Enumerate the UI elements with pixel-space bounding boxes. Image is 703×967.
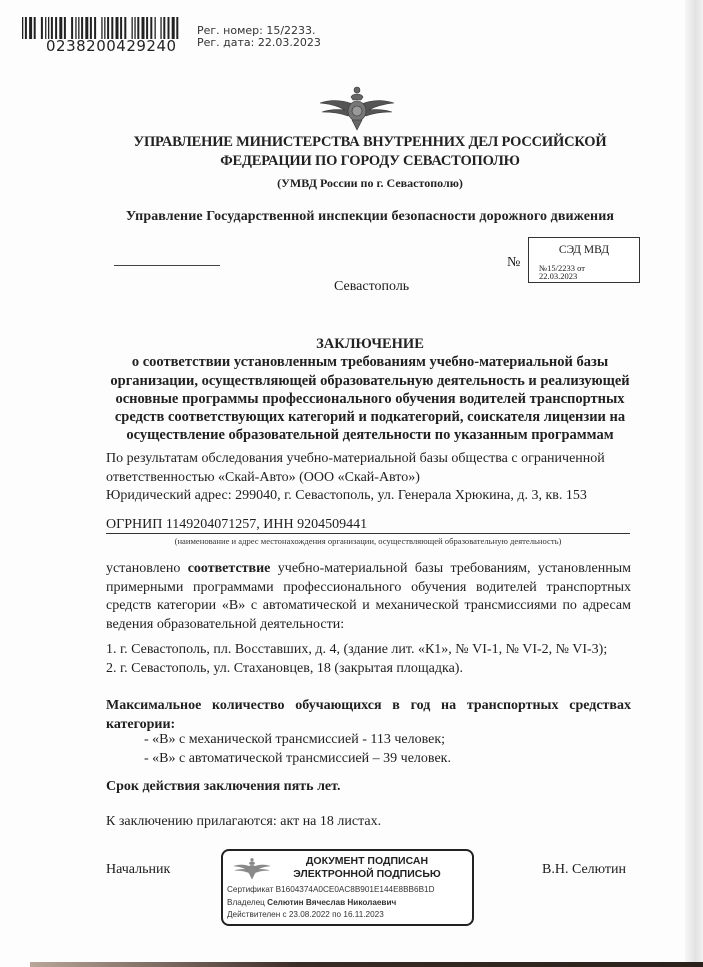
legal-address: Юридический адрес: 299040, г. Севастопол… xyxy=(106,487,631,506)
address-item: 2. г. Севастополь, ул. Стахановцев, 18 (… xyxy=(106,660,631,679)
document-title: ЗАКЛЮЧЕНИЕ о соответствии установленным … xyxy=(100,335,640,445)
max-students-title: Максимальное количество обучающихся в го… xyxy=(106,697,631,734)
intro-line: По результатам обследования учебно-матер… xyxy=(106,450,631,469)
ogrn-underline xyxy=(106,533,630,534)
established-bold: соответствие xyxy=(188,561,271,576)
department-name: Управление Государственной инспекции без… xyxy=(100,209,640,225)
organization-name: УПРАВЛЕНИЕ МИНИСТЕРСТВА ВНУТРЕННИХ ДЕЛ Р… xyxy=(100,133,640,171)
barcode: 0238200429240 xyxy=(22,17,187,55)
address-list: 1. г. Севастополь, пл. Восставших, д. 4,… xyxy=(106,641,631,678)
esig-owner-label: Владелец xyxy=(227,898,267,907)
reg-date: Рег. дата: 22.03.2023 xyxy=(197,37,321,49)
sed-title: СЭД МВД xyxy=(529,244,639,256)
organization-line-2: ФЕДЕРАЦИИ ПО ГОРОДУ СЕВАСТОПОЛЮ xyxy=(100,152,640,171)
address-item: 1. г. Севастополь, пл. Восставших, д. 4,… xyxy=(106,641,631,660)
sed-date-value: 22.03.2023 xyxy=(539,272,585,280)
title-line: средств соответствующих категорий и подк… xyxy=(100,408,640,426)
validity-period: Срок действия заключения пять лет. xyxy=(106,778,631,797)
signer-name: В.Н. Селютин xyxy=(542,862,626,878)
max-students-list: - «В» с механической трансмиссией - 113 … xyxy=(106,731,624,768)
sed-number: №15/2233 от 22.03.2023 xyxy=(539,264,585,280)
organization-line-1: УПРАВЛЕНИЕ МИНИСТЕРСТВА ВНУТРЕННИХ ДЕЛ Р… xyxy=(100,133,640,152)
mvd-emblem-icon xyxy=(318,82,396,132)
outgoing-number-blank xyxy=(114,265,220,266)
number-sign: № xyxy=(507,255,520,271)
signer-position: Начальник xyxy=(106,862,170,878)
max-students-item: - «В» с механической трансмиссией - 113 … xyxy=(144,731,624,750)
title-line: осуществление образовательной деятельнос… xyxy=(100,426,640,444)
title-line: организации, осуществляющей образователь… xyxy=(100,372,640,390)
electronic-signature-stamp: ДОКУМЕНТ ПОДПИСАН ЭЛЕКТРОННОЙ ПОДПИСЬЮ С… xyxy=(221,849,474,926)
barcode-bars xyxy=(22,17,182,39)
max-students-item: - «В» с автоматической трансмиссией – 39… xyxy=(144,750,624,769)
mvd-emblem-icon xyxy=(233,854,271,882)
esig-validity: Действителен с 23.08.2022 по 16.11.2023 xyxy=(227,910,384,919)
esig-certificate: Сертификат B1604374A0CE0AC8B901E144E8BB6… xyxy=(227,885,435,894)
established-paragraph: установлено соответствие учебно-материал… xyxy=(106,560,631,634)
title-line: о соответствии установленным требованиям… xyxy=(100,353,640,371)
esig-title-line-1: ДОКУМЕНТ ПОДПИСАН xyxy=(277,855,457,868)
ogrn-inn: ОГРНИП 1149204071257, ИНН 9204509441 xyxy=(106,516,631,535)
ogrn-caption: (наименование и адрес местонахождения ор… xyxy=(106,536,630,546)
intro-paragraph: По результатам обследования учебно-матер… xyxy=(106,450,631,506)
esig-owner-name: Селютин Вячеслав Николаевич xyxy=(267,898,396,907)
barcode-number: 0238200429240 xyxy=(22,37,187,55)
page-edge-shadow xyxy=(685,0,703,967)
title-line: основные программы профессионального обу… xyxy=(100,390,640,408)
city: Севастополь xyxy=(334,279,409,295)
organization-short-name: (УМВД России по г. Севастополю) xyxy=(100,176,640,191)
registration-stamp: Рег. номер: 15/2233. Рег. дата: 22.03.20… xyxy=(197,25,321,49)
established-prefix: установлено xyxy=(106,561,188,576)
page-bottom-edge xyxy=(30,962,703,967)
esig-owner: Владелец Селютин Вячеслав Николаевич xyxy=(227,898,396,907)
esig-title: ДОКУМЕНТ ПОДПИСАН ЭЛЕКТРОННОЙ ПОДПИСЬЮ xyxy=(277,855,457,880)
attachment-note: К заключению прилагаются: акт на 18 лист… xyxy=(106,813,631,832)
sed-registration-box: СЭД МВД №15/2233 от 22.03.2023 xyxy=(528,237,640,283)
title-heading: ЗАКЛЮЧЕНИЕ xyxy=(100,335,640,353)
intro-line: ответственностью «Скай-Авто» (ООО «Скай-… xyxy=(106,469,631,488)
esig-title-line-2: ЭЛЕКТРОННОЙ ПОДПИСЬЮ xyxy=(277,868,457,881)
